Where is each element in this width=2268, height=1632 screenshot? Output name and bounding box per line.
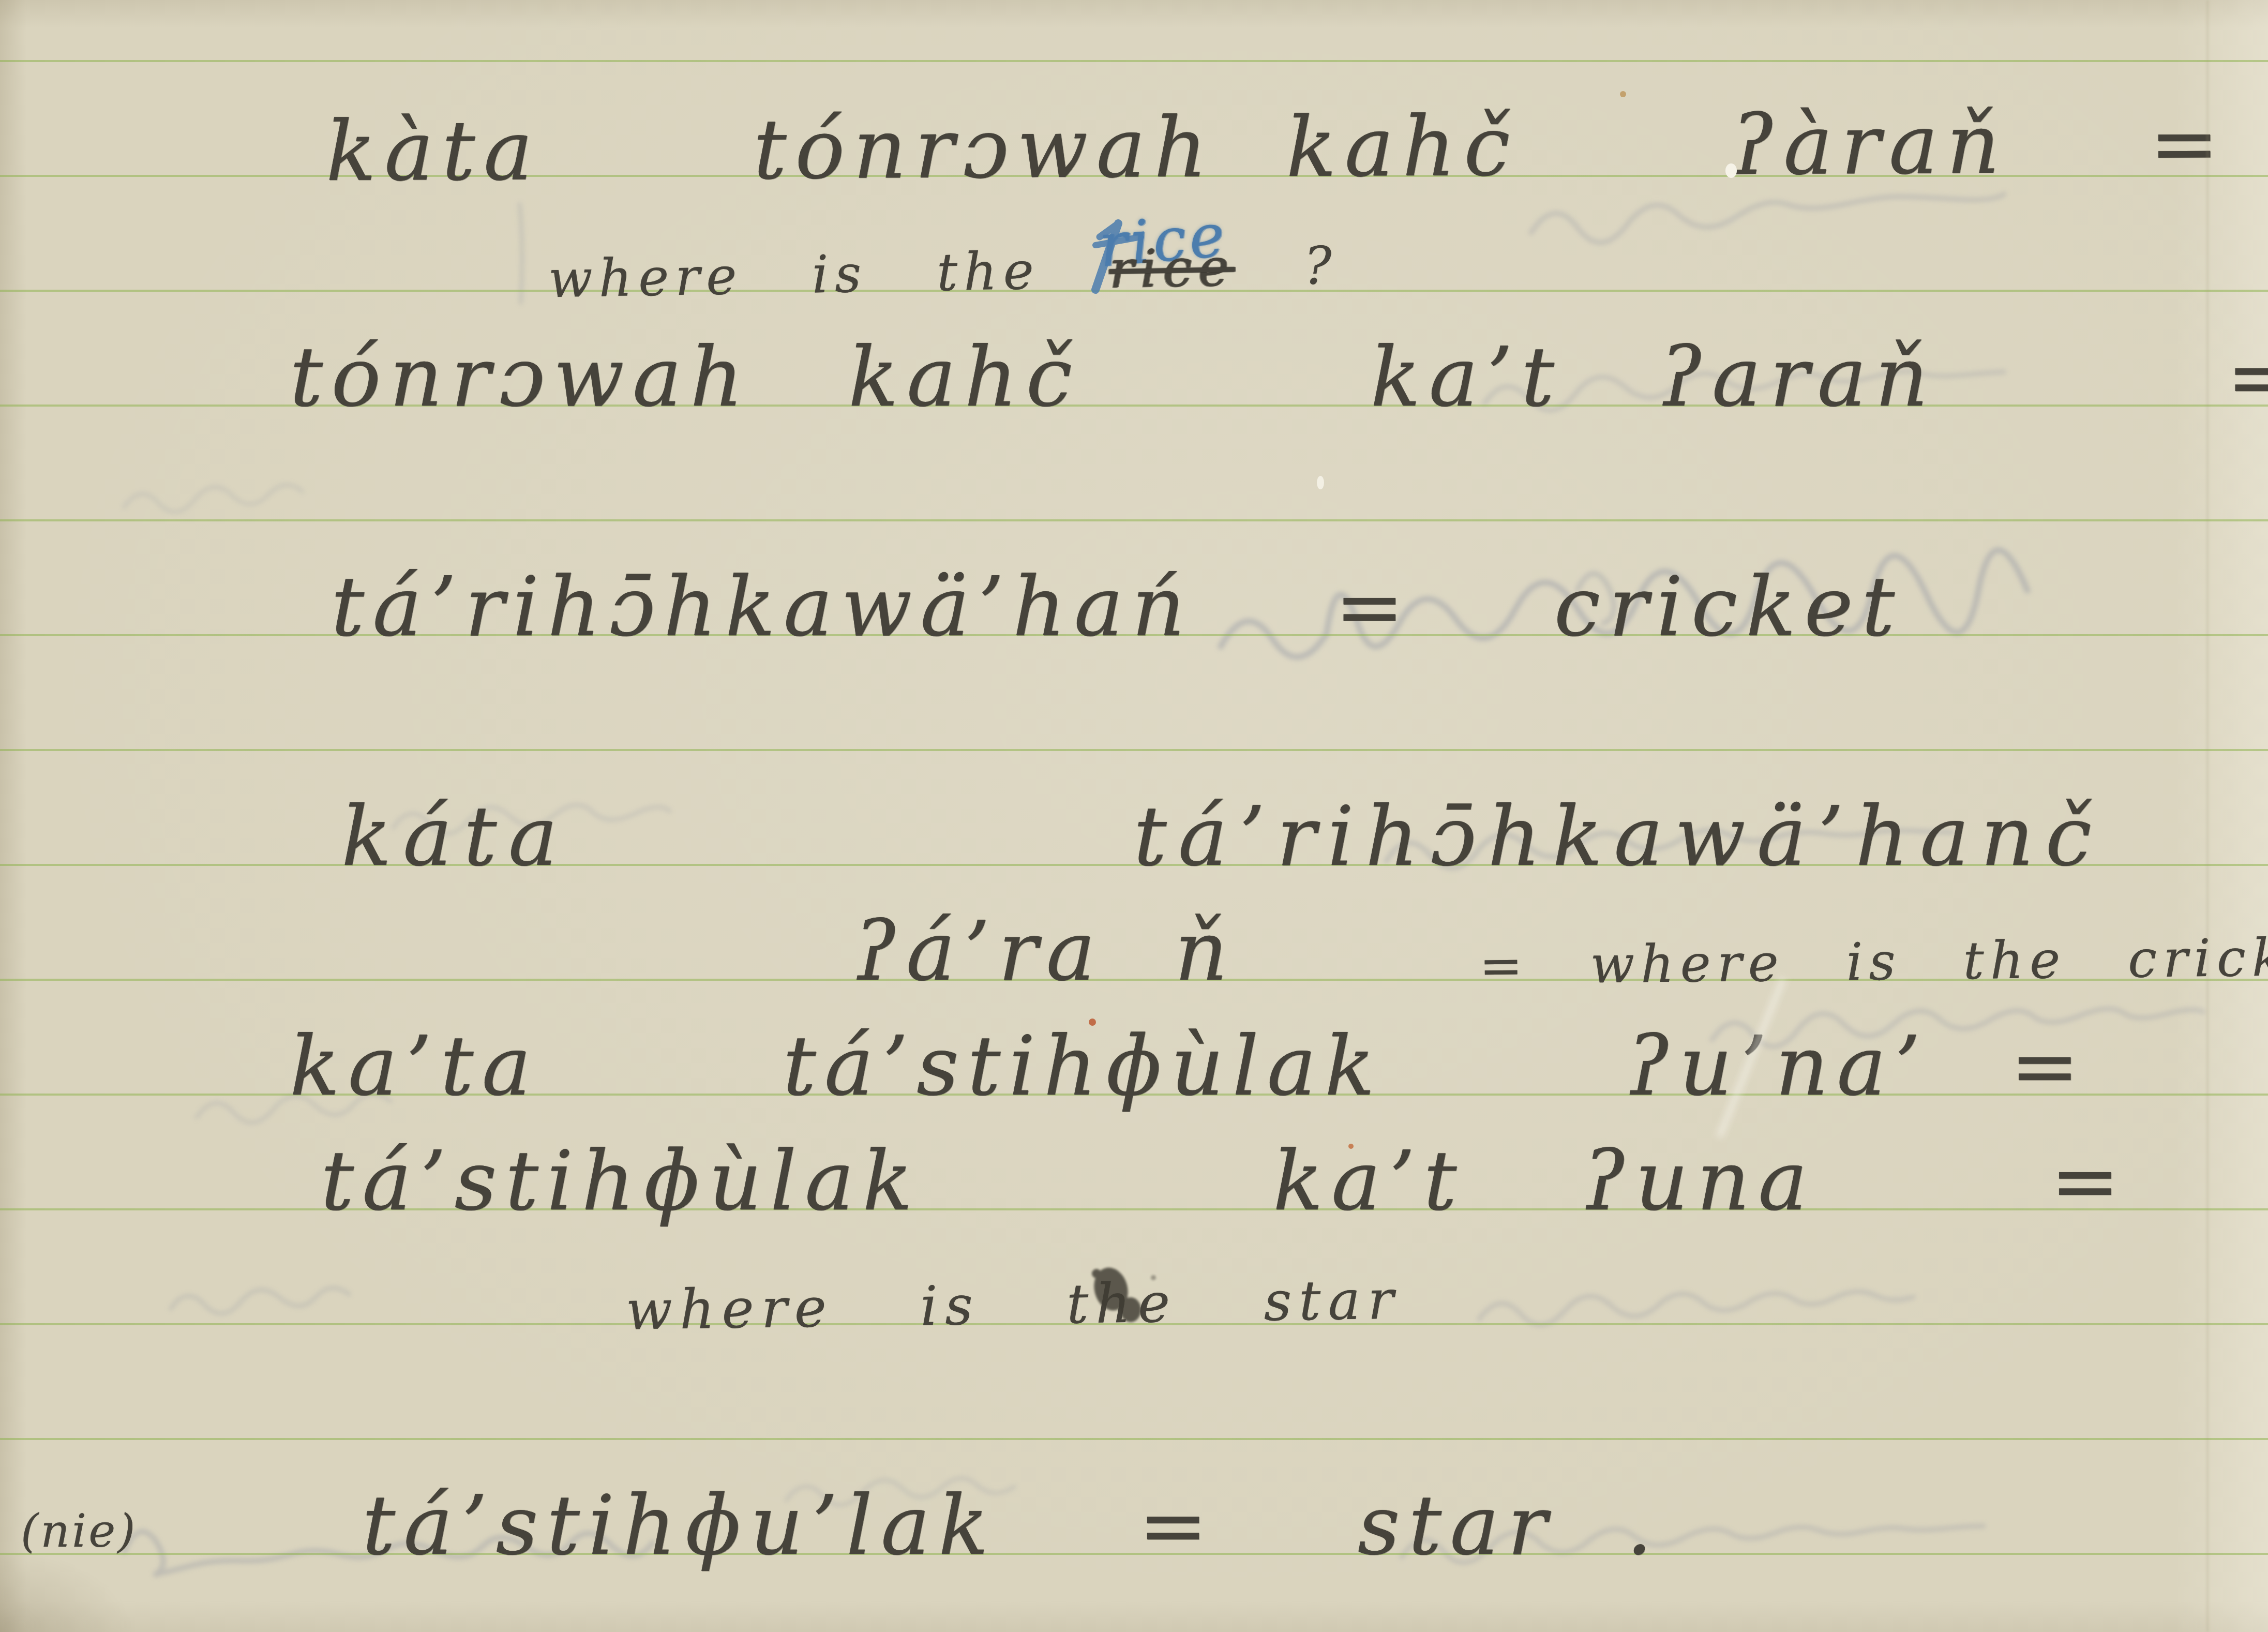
dust-speck-brown [1620, 91, 1626, 97]
marks-overlay-layer [0, 0, 2268, 1632]
dust-speck-red-2 [1348, 1144, 1354, 1149]
page-curl-line [2206, 0, 2209, 1632]
notebook-page: kàta tónrɔwah kahč ʔàraň = rice where is… [0, 0, 2268, 1632]
dust-speck-red-1 [1089, 1019, 1096, 1026]
ink-blot [1089, 1264, 1156, 1322]
white-speck-1 [1725, 163, 1737, 178]
white-speck-2 [1317, 476, 1324, 489]
blue-insertion-mark [1095, 223, 1141, 290]
